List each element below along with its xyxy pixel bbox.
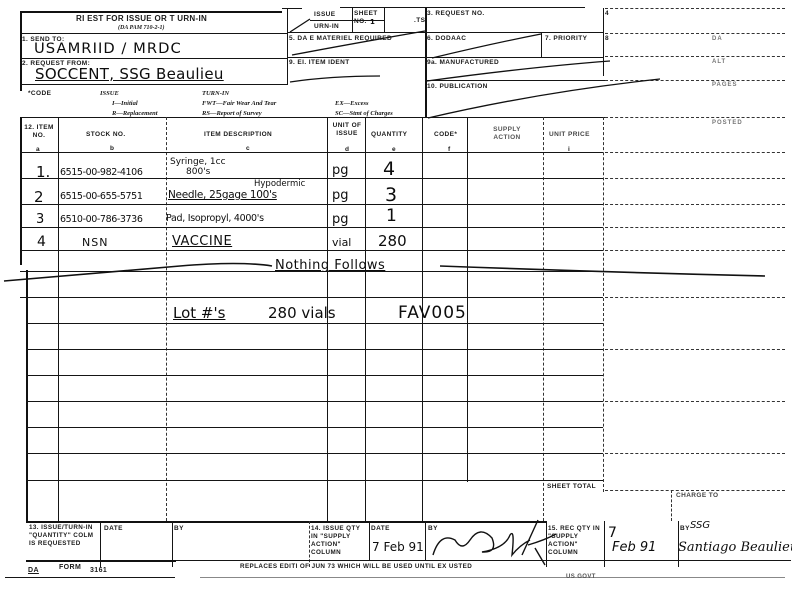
request-no-label: 3. REQUEST NO. [427, 10, 485, 17]
row-3-desc-2[interactable]: Pad, Isopropyl, 4000's [166, 213, 264, 224]
field-14-by-sep [425, 521, 426, 560]
nothing-follows-note: Nothing Follows [275, 258, 385, 273]
form-subtitle: (DA PAM 710-2-1) [118, 25, 165, 31]
form-title: RI EST FOR ISSUE OR T URN-IN [76, 14, 207, 23]
right-faint-label-2: ALT [712, 59, 726, 65]
col-letter-c: c [246, 145, 250, 152]
col-header-quantity: QUANTITY [371, 131, 407, 138]
lot-note-lot: Lot #'s [173, 304, 225, 322]
field-15-signature[interactable]: Santiago Beaulieu [678, 540, 792, 555]
right-faint-label-3: PAGES [712, 82, 738, 88]
row-1-desc-2[interactable]: 800's [186, 167, 210, 177]
sheets-label: .TS [414, 17, 425, 24]
type-issue-label: ISSUE [314, 11, 336, 18]
col-header-item-no: 12. ITEM NO. [22, 124, 56, 140]
col-letter-i: i [568, 146, 570, 153]
code-issue-label: ISSUE [100, 90, 119, 97]
code-r-replacement: R—Replacement [112, 110, 158, 117]
form-name: DA [28, 567, 39, 574]
col-letter-d: d [345, 146, 349, 153]
end-item-label: 9. EI. ITEM IDENT [289, 59, 350, 66]
col-letter-f: f [448, 146, 451, 153]
form-word: FORM [59, 564, 81, 571]
sheet-total-label: SHEET TOTAL [547, 483, 596, 490]
row-1-qty[interactable]: 4 [383, 158, 395, 180]
publication-label: 10. PUBLICATION [427, 83, 488, 90]
field-13-label: 13. ISSUE/TURN-IN "QUANTITY" COLM IS REQ… [29, 524, 99, 548]
field-15-by-label: BY [680, 525, 690, 532]
col-letter-b: b [110, 145, 114, 152]
sheet-no-value[interactable]: 1 [370, 18, 375, 26]
field-14-date-sep [369, 521, 370, 560]
send-to-value[interactable]: USAMRIID / MRDC [34, 41, 182, 57]
code-fwt: FWT—Fair Wear And Tear [202, 100, 276, 107]
code-label: *CODE [28, 90, 51, 97]
field-4-label: 4 [605, 10, 609, 17]
field-14-by-label: BY [428, 525, 438, 532]
date-required-label: 5. DA E MATERIEL REQUIRED [289, 35, 392, 42]
code-ex: EX—Excess [335, 100, 369, 107]
code-rs: RS—Report of Survey [202, 110, 262, 117]
col-header-stock-no: STOCK NO. [86, 131, 126, 138]
code-turnin-label: TURN-IN [202, 90, 229, 97]
row-1-desc-1[interactable]: Syringe, 1cc [170, 157, 226, 167]
right-faint-label-4: POSTED [712, 120, 743, 126]
replaces-note: REPLACES EDITI OF JUN 73 WHICH WILL BE U… [240, 563, 472, 570]
row-4-item[interactable]: 4 [37, 234, 46, 250]
field-15-label: 15. REC QTY IN "SUPPLY ACTION" COLUMN [548, 525, 604, 557]
code-sc: SC—Stmt of Charges [335, 110, 393, 117]
row-4-unit[interactable]: vial [332, 236, 351, 249]
row-3-qty[interactable]: 1 [386, 206, 397, 226]
col-letter-a: a [36, 146, 40, 153]
row-2-qty[interactable]: 3 [385, 184, 397, 206]
row-2-desc-2[interactable]: Needle, 25gage 100's [168, 189, 277, 201]
field-14-date-value[interactable]: 7 Feb 91 [372, 540, 424, 554]
type-turnin-label: URN-IN [314, 23, 339, 30]
field-15-date-rest[interactable]: Feb 91 [612, 540, 656, 555]
field-13-by-label: BY [174, 525, 184, 532]
row-1-stock[interactable]: 6515-00-982-4106 [60, 167, 142, 178]
priority-label: 7. PRIORITY [545, 35, 587, 42]
field-15-by-rank[interactable]: SSG [690, 520, 710, 531]
manufactured-label: 9a. MANUFACTURED [427, 59, 499, 66]
form-number: 3161 [90, 567, 107, 574]
field-14-date-label: DATE [371, 525, 390, 532]
field-8-label: 8 [605, 35, 609, 42]
right-faint-label-1: DA [712, 36, 723, 42]
request-from-value[interactable]: SOCCENT, SSG Beaulieu [35, 65, 224, 83]
row-1-item[interactable]: 1. [36, 163, 50, 181]
row-4-qty[interactable]: 280 [378, 232, 407, 250]
lot-note-qty: 280 vials [268, 304, 336, 322]
dodaac-label: 6. DODAAC [427, 35, 466, 42]
row-2-unit[interactable]: pg [332, 188, 349, 203]
row-2-item[interactable]: 2 [34, 188, 44, 206]
row-3-stock[interactable]: 6510-00-786-3736 [60, 214, 142, 225]
field-13-date-label: DATE [104, 525, 123, 532]
col-header-unit: UNIT OF ISSUE [330, 122, 364, 138]
us-govt-note: US GOVT [566, 574, 596, 580]
row-3-unit[interactable]: pg [332, 212, 349, 227]
lot-note-number: FAV005 [398, 303, 467, 323]
charge-to-label: CHARGE TO [676, 492, 718, 499]
col-header-description: ITEM DESCRIPTION [204, 131, 272, 138]
row-4-stock[interactable]: NSN [82, 236, 108, 249]
field-14-label: 14. ISSUE QTY IN "SUPPLY ACTION" COLUMN [311, 525, 369, 557]
row-1-unit[interactable]: pg [332, 163, 349, 178]
sheet-no-label: SHEET NO. [354, 10, 382, 26]
col-header-unit-price: UNIT PRICE [549, 131, 590, 138]
row-2-stock[interactable]: 6515-00-655-5751 [60, 191, 142, 202]
col-header-supply-action: SUPPLY ACTION [487, 126, 527, 142]
row-2-desc-1[interactable]: Hypodermic [254, 179, 305, 189]
field-15-date-day[interactable]: 7 [608, 525, 617, 541]
row-4-desc-2[interactable]: VACCINE [172, 234, 232, 249]
col-header-code: CODE* [434, 131, 457, 138]
col-letter-e: e [392, 146, 396, 153]
row-3-item[interactable]: 3 [36, 212, 44, 227]
code-i-initial: I—Initial [112, 100, 138, 107]
